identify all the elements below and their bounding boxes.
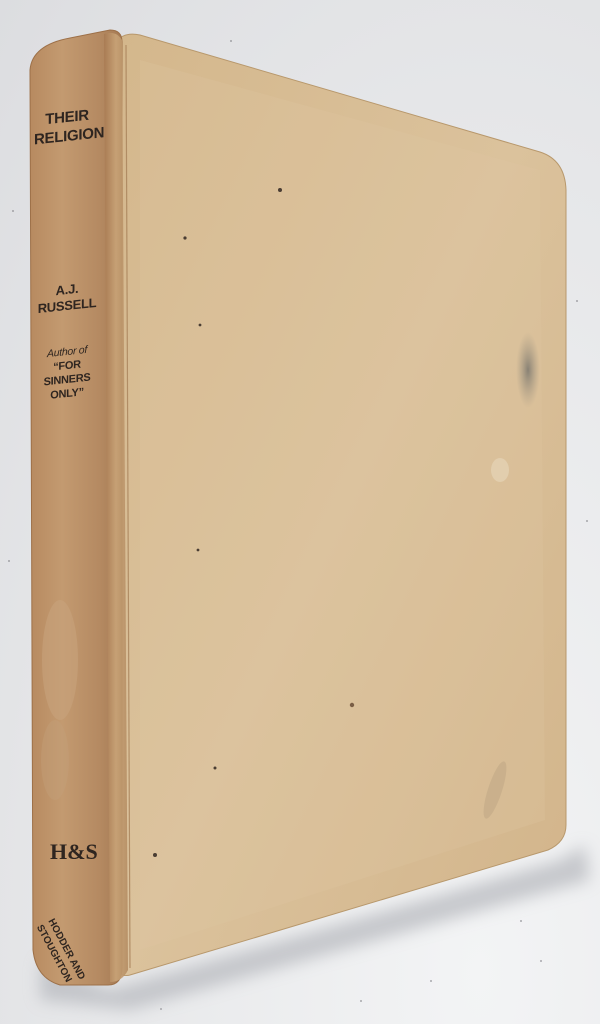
spine-blurb: Author of “FOR SINNERS ONLY”: [34, 342, 100, 405]
photo-scene: THEIR RELIGION A.J. RUSSELL Author of “F…: [0, 0, 600, 1024]
publisher-monogram-icon: H&S: [50, 842, 80, 900]
spine-title: THEIR RELIGION: [34, 105, 100, 150]
water-stain: [516, 332, 540, 408]
book: [0, 0, 600, 1024]
